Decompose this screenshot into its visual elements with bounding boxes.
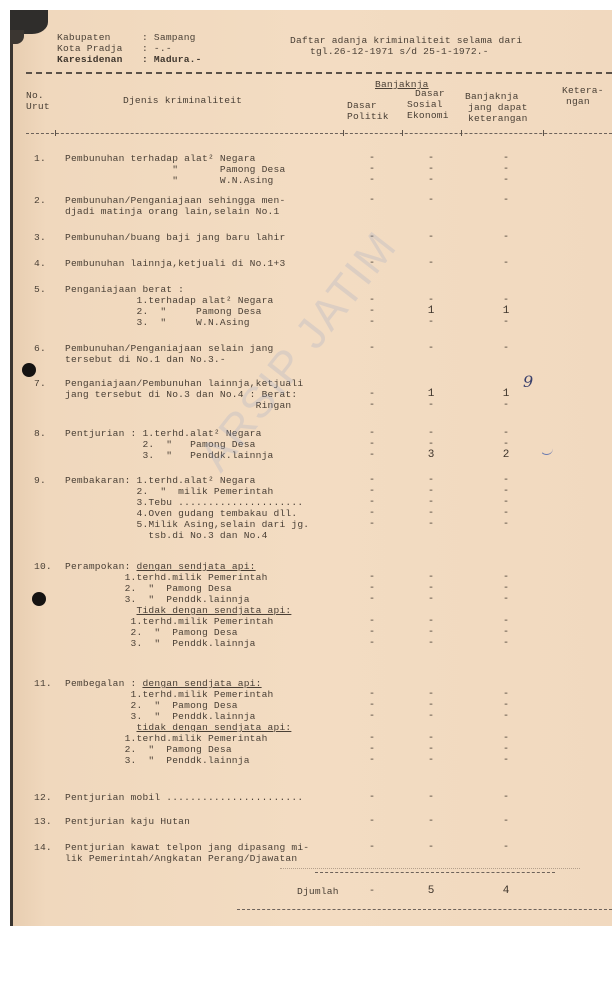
value-dasar-politik: - xyxy=(362,428,382,439)
header-rule xyxy=(26,72,612,74)
punch-hole xyxy=(22,363,36,377)
value-dasar-sosial-ekonomi: - xyxy=(421,232,441,243)
value-banjaknja-keterangan: - xyxy=(496,711,516,722)
region-value: : -.- xyxy=(142,43,172,54)
crime-type-label: 2. " Pamong Desa xyxy=(65,306,262,317)
column-separator xyxy=(543,130,544,136)
total-label: Djumlah xyxy=(297,886,339,897)
value-banjaknja-keterangan: - xyxy=(496,317,516,328)
row-number: 13. xyxy=(34,816,52,827)
value-dasar-politik: - xyxy=(362,475,382,486)
column-header-dasar-politik: Politik xyxy=(347,111,389,122)
value-dasar-politik: - xyxy=(362,400,382,411)
crime-type-label: 2. " Pamong Desa xyxy=(65,627,238,638)
value-dasar-politik: - xyxy=(362,486,382,497)
value-dasar-politik: - xyxy=(362,842,382,853)
crime-type-label: Pembunuhan/buang baji jang baru lahir xyxy=(65,232,285,243)
region-label: Karesidenan xyxy=(57,54,123,65)
document-title-line-2: tgl.26-12-1971 s/d 25-1-1972.- xyxy=(310,46,489,57)
crime-type-label: Pembunuhan/Penganiajaan selain jang xyxy=(65,343,274,354)
value-dasar-politik: - xyxy=(362,711,382,722)
crime-type-label: 1.terhd.milik Pemerintah xyxy=(65,572,268,583)
value-dasar-politik: - xyxy=(362,700,382,711)
value-dasar-politik: - xyxy=(362,583,382,594)
punch-hole xyxy=(32,592,46,606)
value-dasar-sosial-ekonomi: - xyxy=(421,508,441,519)
crime-type-label: 3.Tebu ..................... xyxy=(65,497,303,508)
page-edge-shadow xyxy=(10,10,13,926)
crime-type-label: Penganiajaan/Pembunuhan lainnja,ketjuali xyxy=(65,378,303,389)
value-banjaknja-keterangan: - xyxy=(496,816,516,827)
crime-type-label: tsb.di No.3 dan No.4 xyxy=(65,530,268,541)
value-dasar-politik: - xyxy=(362,744,382,755)
row-number: 5. xyxy=(34,284,46,295)
scanned-document-page: Kabupaten: SampangKota Pradja: -.-Karesi… xyxy=(10,10,612,926)
value-banjaknja-keterangan: 2 xyxy=(496,450,516,461)
total-top-rule xyxy=(315,872,555,873)
value-dasar-sosial-ekonomi: - xyxy=(421,583,441,594)
value-banjaknja-keterangan: - xyxy=(496,232,516,243)
value-dasar-politik: - xyxy=(362,816,382,827)
value-dasar-sosial-ekonomi: - xyxy=(421,842,441,853)
column-header-dasar-sosial: Ekonomi xyxy=(407,110,449,121)
row-number: 7. xyxy=(34,378,46,389)
value-dasar-politik: - xyxy=(362,389,382,400)
total-value: - xyxy=(362,886,382,897)
value-banjaknja-keterangan: - xyxy=(496,175,516,186)
value-dasar-sosial-ekonomi: - xyxy=(421,164,441,175)
crime-type-label: 3. " Penddk.lainnja xyxy=(65,711,256,722)
value-dasar-politik: - xyxy=(362,195,382,206)
value-dasar-sosial-ekonomi: - xyxy=(421,638,441,649)
value-dasar-politik: - xyxy=(362,232,382,243)
crime-type-label: Pentjurian kawat telpon jang dipasang mi… xyxy=(65,842,309,853)
document-title-line-1: Daftar adanja kriminaliteit selama dari xyxy=(290,35,522,46)
value-dasar-politik: - xyxy=(362,616,382,627)
value-dasar-sosial-ekonomi: - xyxy=(421,343,441,354)
row-number: 11. xyxy=(34,678,52,689)
value-dasar-sosial-ekonomi: - xyxy=(421,175,441,186)
crime-type-label: 3. " W.N.Asing xyxy=(65,317,250,328)
value-dasar-politik: - xyxy=(362,689,382,700)
value-dasar-politik: - xyxy=(362,295,382,306)
total-bottom-rule xyxy=(237,909,612,910)
crime-type-label: Pembegalan : dengan sendjata api: xyxy=(65,678,262,689)
value-dasar-sosial-ekonomi: - xyxy=(421,594,441,605)
value-dasar-sosial-ekonomi: - xyxy=(421,700,441,711)
column-header-no: Urut xyxy=(26,101,50,112)
value-dasar-politik: - xyxy=(362,519,382,530)
value-dasar-politik: - xyxy=(362,164,382,175)
value-dasar-sosial-ekonomi: - xyxy=(421,755,441,766)
value-banjaknja-keterangan: - xyxy=(496,475,516,486)
crime-type-label: 2. " milik Pemerintah xyxy=(65,486,274,497)
column-separator xyxy=(461,130,462,136)
value-dasar-sosial-ekonomi: - xyxy=(421,486,441,497)
value-banjaknja-keterangan: - xyxy=(496,700,516,711)
value-banjaknja-keterangan: - xyxy=(496,689,516,700)
value-dasar-sosial-ekonomi: - xyxy=(421,400,441,411)
value-banjaknja-keterangan: - xyxy=(496,638,516,649)
value-banjaknja-keterangan: - xyxy=(496,583,516,594)
value-banjaknja-keterangan: - xyxy=(496,400,516,411)
value-dasar-sosial-ekonomi: 1 xyxy=(421,389,441,400)
value-dasar-politik: - xyxy=(362,317,382,328)
column-header-keterangan: ngan xyxy=(566,96,590,107)
row-number: 1. xyxy=(34,153,46,164)
crime-type-label: Pembunuhan lainnja,ketjuali di No.1+3 xyxy=(65,258,285,269)
crime-type-label: 3. " Penddk.lainnja xyxy=(65,755,250,766)
crime-type-label: " W.N.Asing xyxy=(65,175,274,186)
value-banjaknja-keterangan: - xyxy=(496,616,516,627)
region-value: : Sampang xyxy=(142,32,196,43)
crime-type-label: Perampokan: dengan sendjata api: xyxy=(65,561,256,572)
crime-type-label: Pembakaran: 1.terhd.alat² Negara xyxy=(65,475,256,486)
crime-type-label: 3. " Penddk.lainnja xyxy=(65,594,250,605)
value-dasar-sosial-ekonomi: - xyxy=(421,519,441,530)
value-dasar-politik: - xyxy=(362,175,382,186)
region-value: : Madura.- xyxy=(142,54,202,65)
value-dasar-sosial-ekonomi: - xyxy=(421,689,441,700)
crime-type-label: 5.Milik Asing,selain dari jg. xyxy=(65,519,309,530)
value-banjaknja-keterangan: - xyxy=(496,486,516,497)
crime-type-label: lik Pemerintah/Angkatan Perang/Djawatan xyxy=(65,853,297,864)
column-header-keterangan: Ketera- xyxy=(562,85,604,96)
crime-type-label: jang tersebut di No.3 dan No.4 : Berat: xyxy=(65,389,297,400)
column-header-no: No. xyxy=(26,90,44,101)
value-dasar-politik: - xyxy=(362,497,382,508)
crime-type-label: " Pamong Desa xyxy=(65,164,285,175)
column-header-banjaknja-keterangan: Banjaknja xyxy=(465,91,519,102)
value-dasar-sosial-ekonomi: - xyxy=(421,153,441,164)
value-dasar-sosial-ekonomi: - xyxy=(421,744,441,755)
value-banjaknja-keterangan: 1 xyxy=(496,306,516,317)
value-banjaknja-keterangan: - xyxy=(496,519,516,530)
crime-type-label: Pentjurian kaju Hutan xyxy=(65,816,190,827)
value-banjaknja-keterangan: - xyxy=(496,755,516,766)
value-dasar-politik: - xyxy=(362,572,382,583)
region-label: Kota Pradja xyxy=(57,43,123,54)
value-dasar-sosial-ekonomi: - xyxy=(421,428,441,439)
column-separator xyxy=(55,130,56,136)
handwritten-mark: 9 xyxy=(523,372,533,391)
total-value: 5 xyxy=(421,886,441,897)
crime-type-label: tidak dengan sendjata api: xyxy=(65,722,291,733)
value-dasar-politik: - xyxy=(362,638,382,649)
value-dasar-politik: - xyxy=(362,306,382,317)
value-dasar-sosial-ekonomi: - xyxy=(421,195,441,206)
dotted-guide xyxy=(280,868,580,869)
value-dasar-politik: - xyxy=(362,755,382,766)
underlined-subheading: dengan sendjata api: xyxy=(137,561,256,572)
value-dasar-sosial-ekonomi: - xyxy=(421,711,441,722)
crime-type-label: Tidak dengan sendjata api: xyxy=(65,605,291,616)
row-number: 8. xyxy=(34,428,46,439)
value-banjaknja-keterangan: - xyxy=(496,153,516,164)
crime-type-label: 2. " Pamong Desa xyxy=(65,744,232,755)
value-dasar-sosial-ekonomi: - xyxy=(421,475,441,486)
header-bottom-rule xyxy=(26,133,612,134)
value-dasar-politik: - xyxy=(362,439,382,450)
row-number: 2. xyxy=(34,195,46,206)
value-dasar-sosial-ekonomi: - xyxy=(421,627,441,638)
row-number: 6. xyxy=(34,343,46,354)
value-dasar-politik: - xyxy=(362,343,382,354)
value-banjaknja-keterangan: - xyxy=(496,164,516,175)
column-separator xyxy=(343,130,344,136)
column-separator xyxy=(402,130,403,136)
value-dasar-sosial-ekonomi: - xyxy=(421,792,441,803)
crime-type-label: tersebut di No.1 dan No.3.- xyxy=(65,354,226,365)
corner-damage xyxy=(10,30,24,44)
row-number: 12. xyxy=(34,792,52,803)
crime-type-label: Penganiajaan berat : xyxy=(65,284,184,295)
value-banjaknja-keterangan: - xyxy=(496,195,516,206)
value-banjaknja-keterangan: - xyxy=(496,627,516,638)
crime-type-label: 2. " Pamong Desa xyxy=(65,700,238,711)
column-header-dasar-sosial: Sosial xyxy=(407,99,443,110)
crime-type-label: 2. " Pamong Desa xyxy=(65,583,232,594)
value-dasar-politik: - xyxy=(362,153,382,164)
crime-type-label: 2. " Pamong Desa xyxy=(65,439,256,450)
value-dasar-politik: - xyxy=(362,508,382,519)
column-header-banjaknja-keterangan: keterangan xyxy=(468,113,528,124)
crime-type-label: 4.Oven gudang tembakau dll. xyxy=(65,508,297,519)
value-banjaknja-keterangan: - xyxy=(496,508,516,519)
value-dasar-sosial-ekonomi: 1 xyxy=(421,306,441,317)
row-number: 3. xyxy=(34,232,46,243)
region-label: Kabupaten xyxy=(57,32,111,43)
value-dasar-sosial-ekonomi: - xyxy=(421,497,441,508)
value-dasar-sosial-ekonomi: - xyxy=(421,616,441,627)
crime-type-label: 1.terhd.milik Pemerintah xyxy=(65,616,274,627)
crime-type-label: 3. " Penddk.lainnja xyxy=(65,450,274,461)
value-dasar-sosial-ekonomi: - xyxy=(421,733,441,744)
crime-type-label: Ringan xyxy=(65,400,291,411)
value-banjaknja-keterangan: - xyxy=(496,428,516,439)
value-dasar-politik: - xyxy=(362,627,382,638)
value-banjaknja-keterangan: - xyxy=(496,572,516,583)
crime-type-label: 1.terhd.milik Pemerintah xyxy=(65,689,274,700)
value-banjaknja-keterangan: - xyxy=(496,733,516,744)
column-header-jenis: Djenis kriminaliteit xyxy=(123,95,242,106)
value-dasar-sosial-ekonomi: - xyxy=(421,258,441,269)
value-banjaknja-keterangan: - xyxy=(496,792,516,803)
row-number: 4. xyxy=(34,258,46,269)
value-dasar-politik: - xyxy=(362,792,382,803)
crime-type-label: 1.terhadap alat² Negara xyxy=(65,295,274,306)
crime-type-label: 3. " Penddk.lainnja xyxy=(65,638,256,649)
value-dasar-politik: - xyxy=(362,594,382,605)
column-header-dasar-sosial: Dasar xyxy=(415,88,445,99)
column-header-dasar-politik: Dasar xyxy=(347,100,377,111)
value-dasar-politik: - xyxy=(362,733,382,744)
value-banjaknja-keterangan: 1 xyxy=(496,389,516,400)
value-banjaknja-keterangan: - xyxy=(496,594,516,605)
value-dasar-politik: - xyxy=(362,450,382,461)
crime-type-label: Pentjurian : 1.terhd.alat² Negara xyxy=(65,428,262,439)
value-banjaknja-keterangan: - xyxy=(496,744,516,755)
total-value: 4 xyxy=(496,886,516,897)
value-banjaknja-keterangan: - xyxy=(496,258,516,269)
row-number: 9. xyxy=(34,475,46,486)
value-dasar-sosial-ekonomi: 3 xyxy=(421,450,441,461)
value-dasar-sosial-ekonomi: - xyxy=(421,317,441,328)
value-dasar-politik: - xyxy=(362,258,382,269)
crime-type-label: Pentjurian mobil ....................... xyxy=(65,792,303,803)
value-banjaknja-keterangan: - xyxy=(496,842,516,853)
value-dasar-sosial-ekonomi: - xyxy=(421,572,441,583)
crime-type-label: djadi matinja orang lain,selain No.1 xyxy=(65,206,279,217)
crime-type-label: Pembunuhan/Penganiajaan sehingga men- xyxy=(65,195,285,206)
value-banjaknja-keterangan: - xyxy=(496,497,516,508)
handwritten-checkmark xyxy=(540,448,553,455)
underlined-subheading: dengan sendjata api: xyxy=(142,678,261,689)
row-number: 14. xyxy=(34,842,52,853)
crime-type-label: 1.terhd.milik Pemerintah xyxy=(65,733,268,744)
value-banjaknja-keterangan: - xyxy=(496,343,516,354)
underlined-subheading: Tidak dengan sendjata api: xyxy=(137,605,292,616)
value-dasar-sosial-ekonomi: - xyxy=(421,816,441,827)
underlined-subheading: tidak dengan sendjata api: xyxy=(137,722,292,733)
crime-type-label: Pembunuhan terhadap alat² Negara xyxy=(65,153,256,164)
column-header-banjaknja-keterangan: jang dapat xyxy=(468,102,528,113)
row-number: 10. xyxy=(34,561,52,572)
